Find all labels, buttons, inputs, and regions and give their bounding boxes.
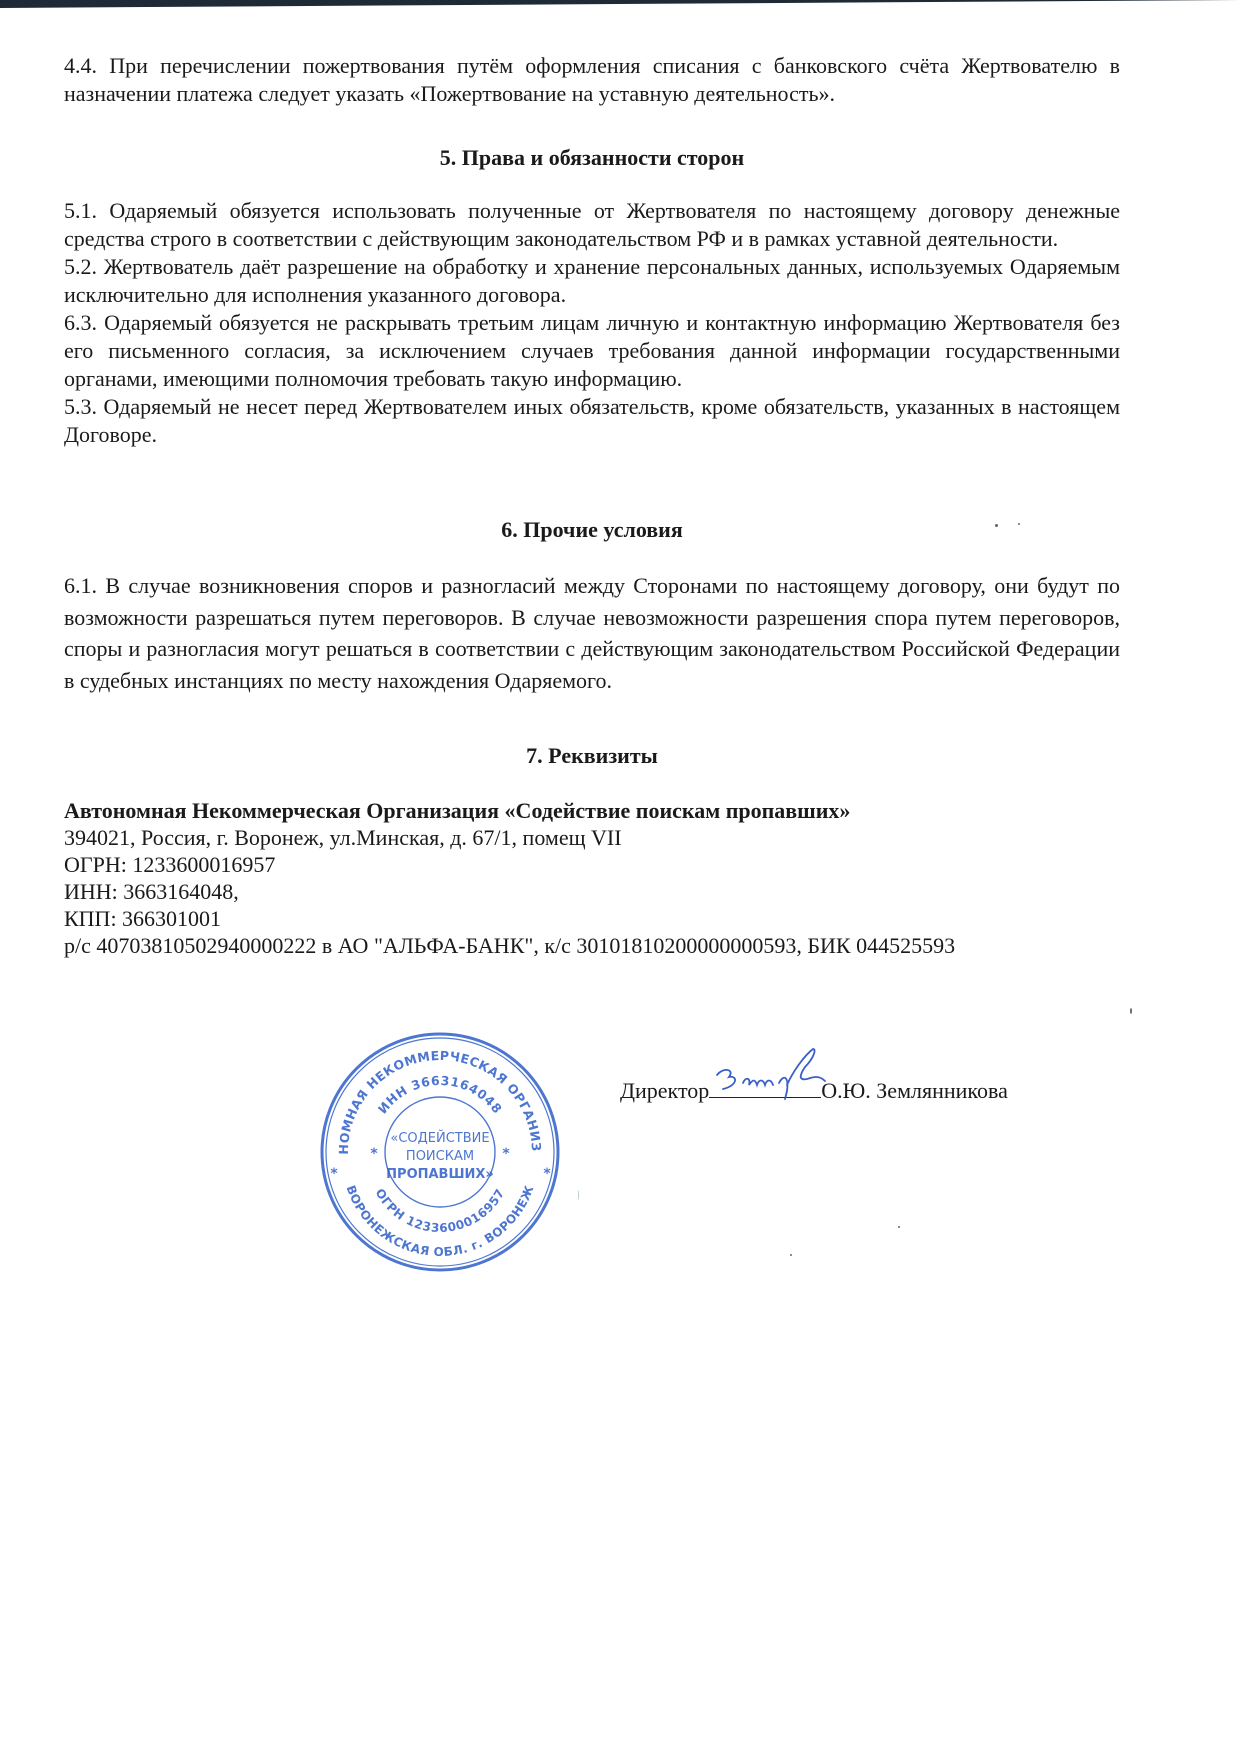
section-6-body: 6.1. В случае возникновения споров и раз…: [64, 570, 1120, 696]
stamp-star-icon: *: [543, 1166, 551, 1182]
section-5-body: 5.1. Одаряемый обязуется использовать по…: [64, 197, 1120, 449]
stamp-center-line-3: ПРОПАВШИХ»: [386, 1167, 494, 1182]
section-7-title: 7. Реквизиты: [64, 742, 1120, 770]
organization-address: 394021, Россия, г. Воронеж, ул.Минская, …: [64, 824, 1120, 851]
svg-text:ОГРН 1233600016957: ОГРН 1233600016957: [373, 1186, 508, 1235]
scan-speck: [790, 1254, 792, 1256]
paragraph-5-3: 5.3. Одаряемый не несет перед Жертвовате…: [64, 393, 1120, 449]
stamp-inner-bottom-text: ОГРН 1233600016957: [373, 1186, 508, 1235]
stamp-center-line-2: ПОИСКАМ: [406, 1149, 474, 1164]
scan-speck: [578, 1190, 579, 1200]
stamp-center-line-1: «СОДЕЙСТВИЕ: [390, 1130, 489, 1146]
section-6-title: 6. Прочие условия: [64, 516, 1120, 544]
signature-line: [709, 1079, 821, 1098]
signature-block: Директор О.Ю. Землянникова: [620, 1078, 1008, 1104]
paragraph-6-3: 6.3. Одаряемый обязуется не раскрывать т…: [64, 309, 1120, 393]
signatory-role: Директор: [620, 1078, 709, 1103]
kpp: КПП: 366301001: [64, 905, 1120, 932]
scan-speck: [1018, 523, 1020, 525]
svg-text:ИНН 3663164048: ИНН 3663164048: [375, 1073, 506, 1117]
organization-name: Автономная Некоммерческая Организация «С…: [64, 797, 1120, 824]
scan-speck: [995, 524, 998, 527]
stamp-star-icon: *: [330, 1166, 338, 1182]
stamp-inner-top-text: ИНН 3663164048: [375, 1073, 506, 1117]
inn: ИНН: 3663164048,: [64, 878, 1120, 905]
stamp-star-icon: *: [370, 1146, 378, 1162]
paragraph-6-1: 6.1. В случае возникновения споров и раз…: [64, 570, 1120, 696]
signatory-name: О.Ю. Землянникова: [821, 1078, 1008, 1103]
scan-speck: [898, 1226, 900, 1228]
paragraph-4-4: 4.4. При перечислении пожертвования путё…: [64, 52, 1120, 108]
bank-details: р/с 40703810502940000222 в АО "АЛЬФА-БАН…: [64, 932, 1120, 959]
paragraph-5-1: 5.1. Одаряемый обязуется использовать по…: [64, 197, 1120, 253]
scan-speck: [1130, 1008, 1132, 1014]
paragraph-5-2: 5.2. Жертвователь даёт разрешение на обр…: [64, 253, 1120, 309]
handwritten-signature-icon: [709, 1045, 829, 1111]
stamp-star-icon: *: [502, 1146, 510, 1162]
section-5-title: 5. Права и обязанности сторон: [64, 144, 1120, 172]
document-page: 4.4. При перечислении пожертвования путё…: [64, 52, 1120, 108]
scan-edge-artifact: [0, 0, 1240, 8]
ogrn: ОГРН: 1233600016957: [64, 851, 1120, 878]
requisites-block: Автономная Некоммерческая Организация «С…: [64, 797, 1120, 959]
organization-stamp: АВТОНОМНАЯ НЕКОММЕРЧЕСКАЯ ОРГАНИЗАЦИЯ ВО…: [318, 1030, 563, 1275]
